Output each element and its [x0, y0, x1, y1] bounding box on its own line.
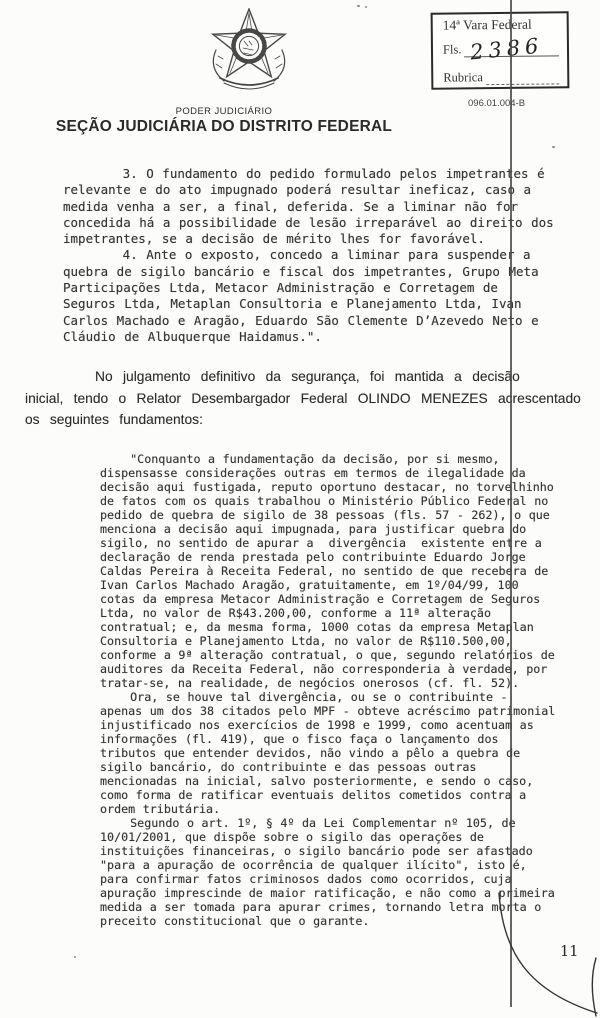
vertical-fold-line — [510, 0, 512, 1007]
scanned-document-page: 14ª Vara Federal Fls. 2386 Rubrica 096.0… — [0, 0, 600, 1018]
scan-speck — [552, 146, 555, 148]
stamp-rubrica-line — [486, 69, 560, 85]
stamp-court-name: 14ª Vara Federal — [443, 16, 559, 33]
narrative-paragraph: No julgamento definitivo da segurança, f… — [25, 366, 573, 431]
scan-speck — [74, 956, 76, 958]
stamp-fls-label: Fls. — [443, 42, 462, 57]
org-name: PODER JUDICIÁRIO — [28, 106, 420, 117]
section-title: SEÇÃO JUDICIÁRIA DO DISTRITO FEDERAL — [28, 118, 420, 136]
page-number: 11 — [560, 944, 578, 960]
letterhead: PODER JUDICIÁRIO SEÇÃO JUDICIÁRIA DO DIS… — [28, 106, 420, 136]
form-code: 096.01.004-B — [468, 98, 525, 109]
scan-speck — [365, 6, 367, 8]
scan-speck — [357, 5, 360, 7]
decision-excerpt-paragraphs: 3. O fundamento do pedido formulado pelo… — [63, 166, 554, 345]
stamp-box: 14ª Vara Federal Fls. 2386 Rubrica — [431, 11, 570, 89]
quoted-fundamentos-block: "Conquanto a fundamentação da decisão, p… — [100, 452, 555, 928]
stamp-fls-handwritten-value: 2386 — [469, 33, 544, 64]
brazil-coat-of-arms-icon — [203, 8, 295, 98]
stamp-rubrica-label: Rubrica — [443, 70, 483, 85]
